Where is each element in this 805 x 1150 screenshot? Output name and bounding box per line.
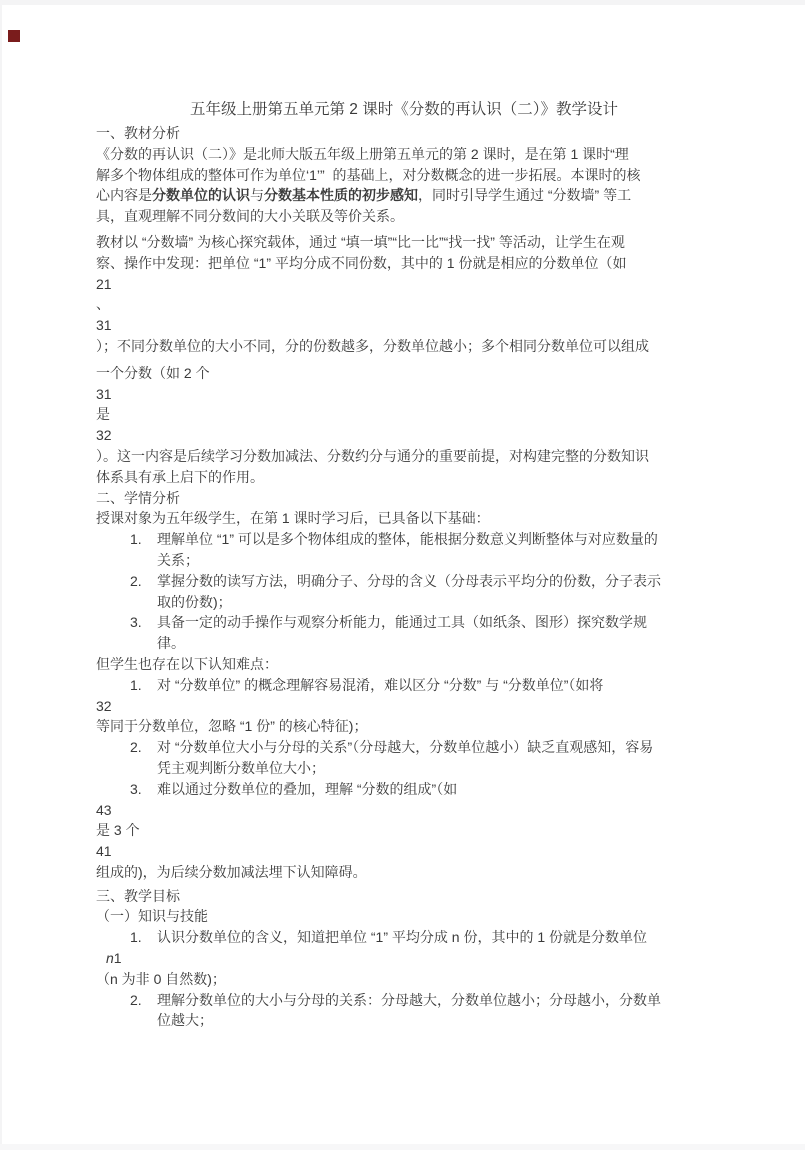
text-line: 组成的)，为后续分数加减法埋下认知障碍。 bbox=[96, 862, 712, 883]
text-run: 难以通过分数单位的叠加，理解 “分数的组成”（如 bbox=[157, 781, 457, 797]
viewport-left-edge bbox=[0, 5, 2, 1150]
text-run: 41 bbox=[96, 843, 112, 859]
text-line: 等同于分数单位，忽略 “1 份” 的核心特征)； bbox=[96, 716, 712, 737]
document-title: 五年级上册第五单元第 2 课时《分数的再认识（二）》教学设计 bbox=[96, 98, 712, 122]
text-line: 、 bbox=[96, 294, 712, 315]
text-line: 31 bbox=[96, 315, 712, 336]
text-run: 具，直观理解不同分数间的大小关联及等价关系。 bbox=[96, 208, 404, 224]
bold-text-run: 分数基本性质的初步感知 bbox=[264, 187, 418, 203]
text-line: 解多个物体组成的整体可作为单位‘1’” 的基础上，对分数概念的进一步拓展。本课时… bbox=[96, 165, 712, 186]
text-line: ）。这一内容是后续学习分数加减法、分数约分与通分的重要前提，对构建完整的分数知识 bbox=[96, 446, 712, 467]
text-run: 二、学情分析 bbox=[96, 490, 180, 506]
list-item: 1.认识分数单位的含义，知道把单位 “1” 平均分成 n 份，其中的 1 份就是… bbox=[96, 927, 712, 948]
text-run: 察、操作中发现：把单位 “1” 平均分成不同份数，其中的 1 份就是相应的分数单… bbox=[96, 255, 626, 271]
list-item-continuation: 取的份数)； bbox=[96, 592, 712, 613]
text-run: 凭主观判断分数单位大小； bbox=[157, 760, 325, 776]
text-line: 31 bbox=[96, 384, 712, 405]
text-run: 认识分数单位的含义，知道把单位 “1” 平均分成 n 份，其中的 1 份就是分数… bbox=[157, 929, 647, 945]
text-run: 解多个物体组成的整体可作为单位‘1’” 的基础上，对分数概念的进一步拓展。本课时… bbox=[96, 167, 640, 183]
text-line: 教材以 “分数墙” 为核心探究载体，通过 “填一填”“比一比”“找一找” 等活动… bbox=[96, 232, 712, 253]
text-run: 取的份数)； bbox=[157, 594, 232, 610]
text-run: 21 bbox=[96, 276, 112, 292]
text-line: 是 3 个 bbox=[96, 820, 712, 841]
text-run: 1 bbox=[114, 950, 122, 966]
list-number: 1. bbox=[130, 529, 157, 550]
text-line: 心内容是分数单位的认识与分数基本性质的初步感知，同时引导学生通过 “分数墙” 等… bbox=[96, 185, 712, 206]
text-run: 一、教材分析 bbox=[96, 125, 180, 141]
text-line: （一）知识与技能 bbox=[96, 906, 712, 927]
list-number: 1. bbox=[130, 675, 157, 696]
text-run: 32 bbox=[96, 698, 112, 714]
text-run: 43 bbox=[96, 802, 112, 818]
text-run: 31 bbox=[96, 317, 112, 333]
list-item: 3.难以通过分数单位的叠加，理解 “分数的组成”（如 bbox=[96, 779, 712, 800]
text-line: 《分数的再认识（二）》是北师大版五年级上册第五单元的第 2 课时，是在第 1 课… bbox=[96, 144, 712, 165]
text-line: 43 bbox=[96, 800, 712, 821]
text-run: 一个分数（如 2 个 bbox=[96, 365, 210, 381]
list-item: 2.理解分数单位的大小与分母的关系：分母越大，分数单位越小；分母越小，分数单 bbox=[96, 990, 712, 1011]
text-run: （n 为非 0 自然数)； bbox=[96, 971, 226, 987]
list-item-continuation: 关系； bbox=[96, 550, 712, 571]
text-run: 与 bbox=[250, 187, 264, 203]
text-run: 理解单位 “1” 可以是多个物体组成的整体，能根据分数意义判断整体与对应数量的 bbox=[157, 531, 658, 547]
text-run: ）。这一内容是后续学习分数加减法、分数约分与通分的重要前提，对构建完整的分数知识 bbox=[96, 448, 649, 464]
text-run: 教材以 “分数墙” 为核心探究载体，通过 “填一填”“比一比”“找一找” 等活动… bbox=[96, 234, 625, 250]
text-line: 体系具有承上启下的作用。 bbox=[96, 467, 712, 488]
list-number: 2. bbox=[130, 571, 157, 592]
text-run: （一）知识与技能 bbox=[96, 908, 208, 924]
text-run: 、 bbox=[96, 296, 110, 312]
list-item: 1.对 “分数单位” 的概念理解容易混淆，难以区分 “分数” 与 “分数单位”（… bbox=[96, 675, 712, 696]
text-line: 授课对象为五年级学生，在第 1 课时学习后，已具备以下基础： bbox=[96, 508, 712, 529]
text-run: 位越大； bbox=[157, 1012, 213, 1028]
text-run: 关系； bbox=[157, 552, 199, 568]
text-line: 但学生也存在以下认知难点： bbox=[96, 654, 712, 675]
text-run: 体系具有承上启下的作用。 bbox=[96, 469, 264, 485]
list-number: 2. bbox=[130, 737, 157, 758]
text-run: 是 3 个 bbox=[96, 822, 140, 838]
text-run: 《分数的再认识（二）》是北师大版五年级上册第五单元的第 2 课时，是在第 1 课… bbox=[96, 146, 629, 162]
list-number: 1. bbox=[130, 927, 157, 948]
text-run: 具备一定的动手操作与观察分析能力，能通过工具（如纸条、图形）探究数学规 bbox=[157, 614, 647, 630]
text-run: 三、教学目标 bbox=[96, 888, 180, 904]
text-line: 察、操作中发现：把单位 “1” 平均分成不同份数，其中的 1 份就是相应的分数单… bbox=[96, 253, 712, 274]
text-line: 41 bbox=[96, 841, 712, 862]
list-item: 1.理解单位 “1” 可以是多个物体组成的整体，能根据分数意义判断整体与对应数量… bbox=[96, 529, 712, 550]
viewport-top-edge bbox=[0, 0, 805, 5]
text-line: 具，直观理解不同分数间的大小关联及等价关系。 bbox=[96, 206, 712, 227]
text-run: 对 “分数单位大小与分母的关系”（分母越大，分数单位越小）缺乏直观感知，容易 bbox=[157, 739, 653, 755]
document-page: { "page": { "text_color": "#3a3a3a", "ch… bbox=[0, 0, 805, 1150]
list-number: 2. bbox=[130, 990, 157, 1011]
section-heading: 一、教材分析 bbox=[96, 123, 712, 144]
list-number: 3. bbox=[130, 612, 157, 633]
text-run: 对 “分数单位” 的概念理解容易混淆，难以区分 “分数” 与 “分数单位”（如将 bbox=[157, 677, 603, 693]
text-run: 掌握分数的读写方法，明确分子、分母的含义（分母表示平均分的份数，分子表示 bbox=[157, 573, 661, 589]
text-line: 是 bbox=[96, 404, 712, 425]
text-line: 32 bbox=[96, 425, 712, 446]
list-item: 2.掌握分数的读写方法，明确分子、分母的含义（分母表示平均分的份数，分子表示 bbox=[96, 571, 712, 592]
text-run: 等同于分数单位，忽略 “1 份” 的核心特征)； bbox=[96, 718, 367, 734]
text-run: 理解分数单位的大小与分母的关系：分母越大，分数单位越小；分母越小，分数单 bbox=[157, 992, 661, 1008]
document-body: 一、教材分析《分数的再认识（二）》是北师大版五年级上册第五单元的第 2 课时，是… bbox=[96, 123, 712, 1031]
math-fragment: n1 bbox=[96, 948, 712, 969]
list-item-continuation: 凭主观判断分数单位大小； bbox=[96, 758, 712, 779]
list-item-continuation: 律。 bbox=[96, 633, 712, 654]
list-item-continuation: 位越大； bbox=[96, 1010, 712, 1031]
text-run: 授课对象为五年级学生，在第 1 课时学习后，已具备以下基础： bbox=[96, 510, 490, 526]
bold-text-run: 分数单位的认识 bbox=[152, 187, 250, 203]
text-run: ）；不同分数单位的大小不同，分的份数越多，分数单位越小；多个相同分数单位可以组成 bbox=[96, 338, 649, 354]
red-corner-marker bbox=[8, 30, 20, 42]
text-run: 但学生也存在以下认知难点： bbox=[96, 656, 278, 672]
text-line: 32 bbox=[96, 696, 712, 717]
text-line: （n 为非 0 自然数)； bbox=[96, 969, 712, 990]
text-run: 组成的)，为后续分数加减法埋下认知障碍。 bbox=[96, 864, 367, 880]
italic-text-run: n bbox=[106, 950, 114, 966]
text-run: 31 bbox=[96, 386, 112, 402]
viewport-bottom-edge bbox=[0, 1144, 805, 1150]
text-run: 律。 bbox=[157, 635, 185, 651]
section-heading: 三、教学目标 bbox=[96, 886, 712, 907]
text-line: 一个分数（如 2 个 bbox=[96, 363, 712, 384]
text-run: 是 bbox=[96, 406, 110, 422]
text-line: 21 bbox=[96, 274, 712, 295]
text-run: 心内容是 bbox=[96, 187, 152, 203]
text-run: 32 bbox=[96, 427, 112, 443]
list-item: 2.对 “分数单位大小与分母的关系”（分母越大，分数单位越小）缺乏直观感知，容易 bbox=[96, 737, 712, 758]
list-number: 3. bbox=[130, 779, 157, 800]
text-line: ）；不同分数单位的大小不同，分的份数越多，分数单位越小；多个相同分数单位可以组成 bbox=[96, 336, 712, 357]
section-heading: 二、学情分析 bbox=[96, 488, 712, 509]
list-item: 3.具备一定的动手操作与观察分析能力，能通过工具（如纸条、图形）探究数学规 bbox=[96, 612, 712, 633]
text-run: ，同时引导学生通过 “分数墙” 等工 bbox=[418, 187, 631, 203]
